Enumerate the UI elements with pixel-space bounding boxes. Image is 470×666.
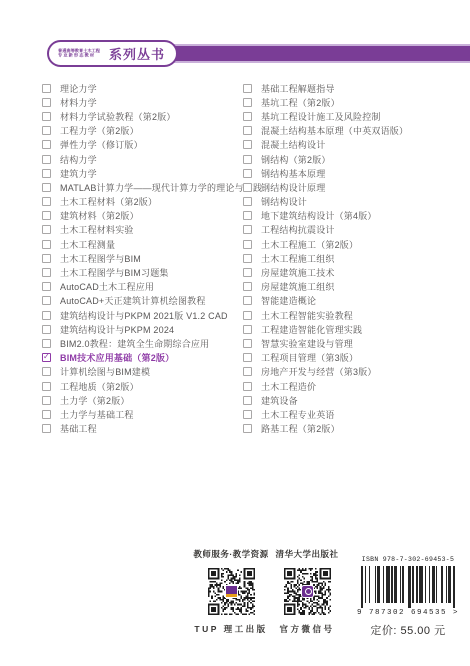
book-list-column-left: 理论力学材料力学材料力学试验教程（第2版）工程力学（第2版）弹性力学（修订版）结… bbox=[42, 81, 262, 436]
list-item: 基础工程解题指导 bbox=[243, 81, 408, 95]
checkbox-icon[interactable] bbox=[243, 296, 252, 305]
tup-logo-icon bbox=[225, 585, 238, 598]
checkbox-icon[interactable] bbox=[42, 155, 51, 164]
book-title: 土力学（第2版） bbox=[60, 394, 130, 407]
checkbox-icon[interactable] bbox=[243, 353, 252, 362]
book-title: 土木工程图学与BIM bbox=[60, 252, 141, 265]
book-title: 路基工程（第2版） bbox=[261, 422, 340, 435]
list-item: 建筑力学 bbox=[42, 166, 262, 180]
barcode-digits: 9 787302 694535 > bbox=[354, 609, 462, 617]
book-title: 基础工程解题指导 bbox=[261, 82, 335, 95]
checkbox-icon[interactable] bbox=[243, 126, 252, 135]
list-item: 土木工程智能实验教程 bbox=[243, 308, 408, 322]
list-item: 工程项目管理（第3版） bbox=[243, 351, 408, 365]
list-item: 建筑设备 bbox=[243, 393, 408, 407]
book-title: 基础工程 bbox=[60, 422, 97, 435]
book-title: 计算机绘图与BIM建模 bbox=[60, 365, 150, 378]
book-title: 钢结构设计原理 bbox=[261, 181, 325, 194]
list-item: 工程结构抗震设计 bbox=[243, 223, 408, 237]
list-item: 房地产开发与经营（第3版） bbox=[243, 365, 408, 379]
list-item: 土力学与基础工程 bbox=[42, 407, 262, 421]
checkbox-icon[interactable] bbox=[42, 410, 51, 419]
book-title: MATLAB计算力学——现代计算力学的理论与实践 bbox=[60, 181, 262, 194]
book-title: 土力学与基础工程 bbox=[60, 408, 134, 421]
book-title: 土木工程施工（第2版） bbox=[261, 238, 358, 251]
checkbox-icon[interactable] bbox=[243, 240, 252, 249]
list-item: 基坑工程设计施工及风险控制 bbox=[243, 109, 408, 123]
qr-caption-bottom: TUP 理工出版 bbox=[192, 623, 270, 635]
qr-block-teacher-service: 教师服务·教学资源 TUP 理工出版 bbox=[192, 548, 270, 635]
list-item: BIM技术应用基础（第2版） bbox=[42, 351, 262, 365]
book-title: 房屋建筑施工技术 bbox=[261, 266, 335, 279]
list-item: 土木工程造价 bbox=[243, 379, 408, 393]
qr-caption-bottom: 官方微信号 bbox=[268, 623, 346, 635]
list-item: 材料力学试验教程（第2版） bbox=[42, 109, 262, 123]
book-title: 智慧实验室建设与管理 bbox=[261, 337, 353, 350]
book-title: 房屋建筑施工组织 bbox=[261, 280, 335, 293]
list-item: 基坑工程（第2版） bbox=[243, 95, 408, 109]
checkbox-icon[interactable] bbox=[243, 339, 252, 348]
book-title: 土木工程智能实验教程 bbox=[261, 309, 353, 322]
list-item: 土木工程材料实验 bbox=[42, 223, 262, 237]
list-item: 钢结构设计原理 bbox=[243, 180, 408, 194]
list-item: 建筑结构设计与PKPM 2021版 V1.2 CAD bbox=[42, 308, 262, 322]
checkbox-icon[interactable] bbox=[42, 254, 51, 263]
list-item: 钢结构（第2版） bbox=[243, 152, 408, 166]
book-title: 工程项目管理（第3版） bbox=[261, 351, 358, 364]
checkbox-icon[interactable] bbox=[42, 367, 51, 376]
list-item: 智慧实验室建设与管理 bbox=[243, 336, 408, 350]
checkbox-icon[interactable] bbox=[42, 325, 51, 334]
checkbox-icon[interactable] bbox=[243, 98, 252, 107]
book-title: 钢结构设计 bbox=[261, 195, 307, 208]
list-item: 工程力学（第2版） bbox=[42, 124, 262, 138]
book-title: 工程力学（第2版） bbox=[60, 124, 139, 137]
list-item: 土木工程测量 bbox=[42, 237, 262, 251]
checkbox-icon[interactable] bbox=[243, 424, 252, 433]
book-title: BIM技术应用基础（第2版） bbox=[60, 351, 174, 364]
checkbox-icon[interactable] bbox=[42, 240, 51, 249]
book-title: 土木工程造价 bbox=[261, 380, 316, 393]
list-item: 土木工程施工组织 bbox=[243, 251, 408, 265]
book-title: 材料力学试验教程（第2版） bbox=[60, 110, 176, 123]
checkbox-icon[interactable] bbox=[243, 211, 252, 220]
list-item: 弹性力学（修订版） bbox=[42, 138, 262, 152]
checkbox-icon[interactable] bbox=[42, 424, 51, 433]
checkbox-icon[interactable] bbox=[243, 183, 252, 192]
list-item: 工程建造智能化管理实践 bbox=[243, 322, 408, 336]
book-title: 房地产开发与经营（第3版） bbox=[261, 365, 377, 378]
checkbox-icon[interactable] bbox=[243, 410, 252, 419]
list-item: 建筑结构设计与PKPM 2024 bbox=[42, 322, 262, 336]
book-list-column-right: 基础工程解题指导基坑工程（第2版）基坑工程设计施工及风险控制混凝土结构基本原理（… bbox=[243, 81, 408, 436]
list-item: 结构力学 bbox=[42, 152, 262, 166]
list-item: 钢结构基本原理 bbox=[243, 166, 408, 180]
list-item: 土木工程材料（第2版） bbox=[42, 195, 262, 209]
list-item: 智能建造概论 bbox=[243, 294, 408, 308]
list-item: 土木工程专业英语 bbox=[243, 407, 408, 421]
list-item: 房屋建筑施工组织 bbox=[243, 280, 408, 294]
checkbox-icon[interactable] bbox=[243, 112, 252, 121]
checkbox-icon[interactable] bbox=[243, 311, 252, 320]
price: 定价: 55.00 元 bbox=[354, 622, 462, 638]
book-title: 土木工程材料（第2版） bbox=[60, 195, 157, 208]
list-item: 混凝土结构基本原理（中英双语版） bbox=[243, 124, 408, 138]
checkbox-icon[interactable] bbox=[243, 367, 252, 376]
qr-caption-top: 教师服务·教学资源 bbox=[192, 548, 270, 560]
book-title: 建筑力学 bbox=[60, 167, 97, 180]
book-title: 材料力学 bbox=[60, 96, 97, 109]
book-title: 基坑工程设计施工及风险控制 bbox=[261, 110, 381, 123]
book-title: 地下建筑结构设计（第4版） bbox=[261, 209, 377, 222]
qr-block-official-wechat: 清华大学出版社 官方微信号 bbox=[268, 548, 346, 635]
checkbox-icon[interactable] bbox=[42, 396, 51, 405]
list-item: BIM2.0教程：建筑全生命期综合应用 bbox=[42, 336, 262, 350]
checked-checkbox-icon[interactable] bbox=[42, 353, 51, 362]
isbn-text: ISBN 978-7-302-69453-5 bbox=[354, 556, 462, 563]
checkbox-icon[interactable] bbox=[243, 155, 252, 164]
list-item: 土木工程图学与BIM习题集 bbox=[42, 265, 262, 279]
isbn-barcode-block: ISBN 978-7-302-69453-5 9 787302 694535 >… bbox=[354, 556, 462, 638]
list-item: 基础工程 bbox=[42, 422, 262, 436]
qr-code-tsinghua bbox=[284, 568, 331, 615]
checkbox-icon[interactable] bbox=[42, 197, 51, 206]
list-item: 理论力学 bbox=[42, 81, 262, 95]
book-back-cover: 普通高等教育土木工程 专业新形态教材 系列丛书 理论力学材料力学材料力学试验教程… bbox=[0, 0, 470, 666]
book-title: AutoCAD土木工程应用 bbox=[60, 280, 154, 293]
series-subtitle-line1: 普通高等教育土木工程 bbox=[58, 49, 90, 54]
checkbox-icon[interactable] bbox=[243, 382, 252, 391]
book-title: 建筑材料（第2版） bbox=[60, 209, 139, 222]
checkbox-icon[interactable] bbox=[243, 325, 252, 334]
book-title: 钢结构基本原理 bbox=[261, 167, 325, 180]
checkbox-icon[interactable] bbox=[42, 296, 51, 305]
list-item: 地下建筑结构设计（第4版） bbox=[243, 209, 408, 223]
book-title: 智能建造概论 bbox=[261, 294, 316, 307]
qr-caption-top: 清华大学出版社 bbox=[268, 548, 346, 560]
book-title: 土木工程施工组织 bbox=[261, 252, 335, 265]
checkbox-icon[interactable] bbox=[42, 311, 51, 320]
checkbox-icon[interactable] bbox=[42, 339, 51, 348]
list-item: 计算机绘图与BIM建模 bbox=[42, 365, 262, 379]
checkbox-icon[interactable] bbox=[42, 183, 51, 192]
list-item: 房屋建筑施工技术 bbox=[243, 265, 408, 279]
checkbox-icon[interactable] bbox=[42, 268, 51, 277]
book-title: BIM2.0教程：建筑全生命期综合应用 bbox=[60, 337, 209, 350]
checkbox-icon[interactable] bbox=[42, 169, 51, 178]
list-item: 建筑材料（第2版） bbox=[42, 209, 262, 223]
checkbox-icon[interactable] bbox=[243, 140, 252, 149]
checkbox-icon[interactable] bbox=[42, 225, 51, 234]
book-title: 弹性力学（修订版） bbox=[60, 138, 143, 151]
list-item: 路基工程（第2版） bbox=[243, 422, 408, 436]
list-item: AutoCAD土木工程应用 bbox=[42, 280, 262, 294]
list-item: 工程地质（第2版） bbox=[42, 379, 262, 393]
book-title: 混凝土结构基本原理（中英双语版） bbox=[261, 124, 408, 137]
book-title: 结构力学 bbox=[60, 153, 97, 166]
series-title: 系列丛书 bbox=[109, 44, 165, 63]
series-subtitle-line2: 专业新形态教材 bbox=[58, 54, 90, 59]
tsinghua-seal-icon bbox=[301, 585, 314, 598]
qr-code-tup bbox=[208, 568, 255, 615]
book-title: 土木工程专业英语 bbox=[261, 408, 335, 421]
book-title: 工程结构抗震设计 bbox=[261, 223, 335, 236]
checkbox-icon[interactable] bbox=[243, 169, 252, 178]
checkbox-icon[interactable] bbox=[243, 396, 252, 405]
book-title: 建筑结构设计与PKPM 2024 bbox=[60, 323, 174, 336]
checkbox-icon[interactable] bbox=[243, 282, 252, 291]
checkbox-icon[interactable] bbox=[42, 382, 51, 391]
checkbox-icon[interactable] bbox=[42, 282, 51, 291]
book-title: 建筑设备 bbox=[261, 394, 298, 407]
list-item: MATLAB计算力学——现代计算力学的理论与实践 bbox=[42, 180, 262, 194]
series-subtitle: 普通高等教育土木工程 专业新形态教材 bbox=[58, 49, 90, 58]
barcode-bars bbox=[354, 566, 462, 608]
list-item: 土力学（第2版） bbox=[42, 393, 262, 407]
list-item: AutoCAD+天正建筑计算机绘图教程 bbox=[42, 294, 262, 308]
checkbox-icon[interactable] bbox=[42, 98, 51, 107]
book-title: 理论力学 bbox=[60, 82, 97, 95]
book-title: 混凝土结构设计 bbox=[261, 138, 325, 151]
list-item: 土木工程施工（第2版） bbox=[243, 237, 408, 251]
checkbox-icon[interactable] bbox=[42, 140, 51, 149]
list-item: 土木工程图学与BIM bbox=[42, 251, 262, 265]
list-item: 混凝土结构设计 bbox=[243, 138, 408, 152]
book-title: 基坑工程（第2版） bbox=[261, 96, 340, 109]
book-title: 土木工程图学与BIM习题集 bbox=[60, 266, 169, 279]
checkbox-icon[interactable] bbox=[243, 84, 252, 93]
list-item: 钢结构设计 bbox=[243, 195, 408, 209]
book-title: 土木工程测量 bbox=[60, 238, 115, 251]
checkbox-icon[interactable] bbox=[243, 268, 252, 277]
book-title: 土木工程材料实验 bbox=[60, 223, 134, 236]
checkbox-icon[interactable] bbox=[243, 225, 252, 234]
list-item: 材料力学 bbox=[42, 95, 262, 109]
checkbox-icon[interactable] bbox=[42, 84, 51, 93]
book-title: AutoCAD+天正建筑计算机绘图教程 bbox=[60, 294, 206, 307]
checkbox-icon[interactable] bbox=[243, 197, 252, 206]
checkbox-icon[interactable] bbox=[243, 254, 252, 263]
checkbox-icon[interactable] bbox=[42, 112, 51, 121]
checkbox-icon[interactable] bbox=[42, 211, 51, 220]
book-title: 建筑结构设计与PKPM 2021版 V1.2 CAD bbox=[60, 309, 228, 322]
checkbox-icon[interactable] bbox=[42, 126, 51, 135]
series-badge: 普通高等教育土木工程 专业新形态教材 系列丛书 bbox=[47, 40, 178, 67]
book-title: 钢结构（第2版） bbox=[261, 153, 331, 166]
book-title: 工程地质（第2版） bbox=[60, 380, 139, 393]
book-title: 工程建造智能化管理实践 bbox=[261, 323, 362, 336]
